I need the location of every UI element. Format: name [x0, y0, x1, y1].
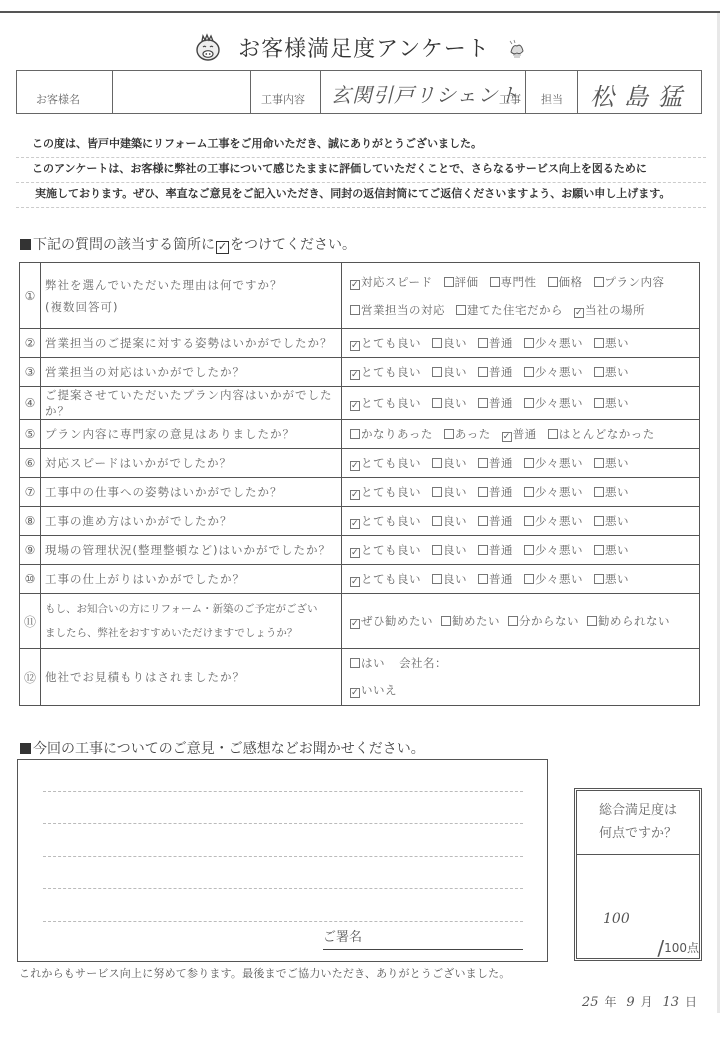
bug-doodle-icon	[507, 38, 527, 58]
checkbox[interactable]	[524, 398, 534, 408]
checkbox[interactable]	[587, 616, 597, 626]
question-number: ⑩	[20, 565, 41, 594]
checkbox-checked[interactable]: ✓	[350, 519, 360, 529]
option-bad[interactable]: 悪い	[594, 455, 629, 471]
staff-field[interactable]: 松島猛	[578, 71, 701, 113]
question-number: ⑫	[20, 649, 41, 706]
checkbox[interactable]	[350, 305, 360, 315]
work-suffix-label: 工事	[499, 91, 521, 107]
checkbox[interactable]	[524, 458, 534, 468]
work-content-label-cell: 工事内容	[251, 71, 321, 113]
checkbox[interactable]	[524, 367, 534, 377]
question-row-10: ⑩ 工事の仕上がりはいかがでしたか？ ✓とても良い良い普通少々悪い悪い	[20, 565, 700, 594]
option-very-good[interactable]: ✓とても良い	[350, 335, 421, 351]
checkbox[interactable]	[594, 277, 604, 287]
option-good[interactable]: 良い	[432, 513, 467, 529]
signature-label: ご署名	[323, 926, 362, 945]
answer-options: ✓とても良い良い普通少々悪い悪い	[342, 449, 700, 478]
ruled-line	[43, 791, 523, 792]
option-somewhat-bad[interactable]: 少々悪い	[524, 484, 583, 500]
checkbox-checked[interactable]: ✓	[502, 432, 512, 442]
option-very-good[interactable]: ✓とても良い	[350, 364, 421, 380]
answer-options: ✓対応スピード評価専門性価格プラン内容 営業担当の対応建てた住宅だから✓当社の場…	[342, 263, 700, 329]
intro-line-2: このアンケートは、お客様に弊社の工事について感じたままに評価していただくことで、…	[16, 158, 706, 183]
option-cannot-recommend[interactable]: 勧められない	[587, 613, 670, 629]
option-somewhat-bad[interactable]: 少々悪い	[524, 542, 583, 558]
option-very-good[interactable]: ✓とても良い	[350, 513, 421, 529]
option-bad[interactable]: 悪い	[594, 364, 629, 380]
option-good[interactable]: 良い	[432, 455, 467, 471]
question-text: 他社でお見積もりはされましたか？	[41, 649, 342, 706]
questions-table: ① 弊社を選んでいただいた理由は何ですか？ (複数回答可) ✓対応スピード評価専…	[19, 262, 700, 706]
date-month[interactable]: 9	[626, 995, 634, 1010]
checkbox[interactable]	[548, 277, 558, 287]
checkbox[interactable]	[478, 458, 488, 468]
option-very-good[interactable]: ✓とても良い	[350, 395, 421, 411]
option-average[interactable]: 普通	[478, 513, 513, 529]
checkbox[interactable]	[432, 398, 442, 408]
question-text: もし、お知合いの方にリフォーム・新築のご予定がござい ましたら、弊社をおすすめい…	[41, 594, 342, 649]
checkbox-checked[interactable]: ✓	[350, 401, 360, 411]
option-bad[interactable]: 悪い	[594, 571, 629, 587]
question-text: 工事中の仕事への姿勢はいかがでしたか？	[41, 478, 342, 507]
option-reason-sales[interactable]: 営業担当の対応	[350, 296, 445, 324]
option-reason-plan[interactable]: プラン内容	[594, 268, 665, 296]
option-good[interactable]: 良い	[432, 364, 467, 380]
option-reason-reputation[interactable]: 評価	[444, 268, 479, 296]
score-max: /100点	[657, 936, 699, 960]
option-no[interactable]: ✓いいえ	[350, 677, 397, 704]
checkbox[interactable]	[524, 574, 534, 584]
overall-score-box: 総合満足度は 何点ですか？ 100 /100点	[574, 788, 702, 961]
option-bad[interactable]: 悪い	[594, 335, 629, 351]
score-value[interactable]: 100	[603, 911, 630, 927]
checkbox[interactable]	[456, 305, 466, 315]
option-somewhat-bad[interactable]: 少々悪い	[524, 455, 583, 471]
checkbox[interactable]	[478, 516, 488, 526]
answer-options: ✓とても良い良い普通少々悪い悪い	[342, 565, 700, 594]
question-text: 弊社を選んでいただいた理由は何ですか？ (複数回答可)	[41, 263, 342, 329]
intro-text: この度は、皆戸中建築にリフォーム工事をご用命いただき、誠にありがとうございました…	[16, 133, 706, 208]
option-average[interactable]: 普通	[478, 484, 513, 500]
answer-options: はい会社名： ✓いいえ	[342, 649, 700, 706]
answer-options: ✓とても良い良い普通少々悪い悪い	[342, 536, 700, 565]
checkbox[interactable]	[524, 487, 534, 497]
question-row-8: ⑧ 工事の進め方はいかがでしたか？ ✓とても良い良い普通少々悪い悪い	[20, 507, 700, 536]
answer-options: ✓とても良い良い普通少々悪い悪い	[342, 387, 700, 420]
option-bad[interactable]: 悪い	[594, 513, 629, 529]
question-text: 対応スピードはいかがでしたか？	[41, 449, 342, 478]
comments-box[interactable]: ご署名	[17, 759, 548, 962]
checkbox-checked[interactable]: ✓	[350, 619, 360, 629]
question-row-12: ⑫ 他社でお見積もりはされましたか？ はい会社名： ✓いいえ	[20, 649, 700, 706]
company-name-label: 会社名：	[399, 656, 447, 670]
question-number: ⑪	[20, 594, 41, 649]
answer-options: ✓とても良い良い普通少々悪い悪い	[342, 507, 700, 536]
checkbox-checked[interactable]: ✓	[350, 490, 360, 500]
option-bad[interactable]: 悪い	[594, 395, 629, 411]
date-field: 25年 9月 13日	[576, 993, 697, 1010]
bullet-square-icon	[20, 743, 31, 754]
comments-section-title: 今回の工事についてのご意見・ご感想などお聞かせください。	[20, 738, 425, 758]
option-good[interactable]: 良い	[432, 484, 467, 500]
option-reason-price[interactable]: 価格	[548, 268, 583, 296]
option-good[interactable]: 良い	[432, 395, 467, 411]
question-row-9: ⑨ 現場の管理状況(整理整頓など)はいかがでしたか？ ✓とても良い良い普通少々悪…	[20, 536, 700, 565]
option-good[interactable]: 良い	[432, 542, 467, 558]
checkbox[interactable]	[444, 277, 454, 287]
question-text: プラン内容に専門家の意見はありましたか？	[41, 420, 342, 449]
question-number: ⑨	[20, 536, 41, 565]
checkbox[interactable]	[594, 516, 604, 526]
question-text: 営業担当の対応はいかがでしたか？	[41, 358, 342, 387]
checkbox[interactable]	[432, 545, 442, 555]
checkbox[interactable]	[594, 487, 604, 497]
checkbox[interactable]	[478, 574, 488, 584]
checkbox[interactable]	[444, 429, 454, 439]
work-content-field[interactable]: 玄関引戸リシェント 工事	[321, 71, 526, 113]
work-content-value: 玄関引戸リシェント	[331, 79, 520, 108]
option-average[interactable]: 普通	[478, 364, 513, 380]
checkbox[interactable]	[594, 545, 604, 555]
bullet-square-icon	[20, 239, 31, 250]
intro-line-3: 実施しております。ぜひ、率直なご意見をご記入いただき、同封の返信封筒にてご返信く…	[16, 183, 706, 208]
question-row-4: ④ ご提案させていただいたプラン内容はいかがでしたか？ ✓とても良い良い普通少々…	[20, 387, 700, 420]
option-reason-expertise[interactable]: 専門性	[490, 268, 537, 296]
customer-info-table: お客様名 工事内容 玄関引戸リシェント 工事 担当 松島猛	[16, 70, 702, 114]
checkbox[interactable]	[594, 367, 604, 377]
option-reason-speed[interactable]: ✓対応スピード	[350, 268, 433, 296]
question-number: ⑧	[20, 507, 41, 536]
option-definitely-recommend[interactable]: ✓ぜひ勧めたい	[350, 613, 433, 629]
date-year[interactable]: 25	[582, 995, 599, 1010]
pig-face-icon	[193, 33, 223, 63]
option-good[interactable]: 良い	[432, 571, 467, 587]
option-good[interactable]: 良い	[432, 335, 467, 351]
question-text: ご提案させていただいたプラン内容はいかがでしたか？	[41, 387, 342, 420]
question-number: ③	[20, 358, 41, 387]
answer-options: ✓ぜひ勧めたい勧めたい分からない勧められない	[342, 594, 700, 649]
option-reason-location[interactable]: ✓当社の場所	[574, 296, 645, 324]
option-somewhat-bad[interactable]: 少々悪い	[524, 364, 583, 380]
checkbox-checked[interactable]: ✓	[350, 548, 360, 558]
option-average[interactable]: 普通	[478, 395, 513, 411]
question-row-11: ⑪ もし、お知合いの方にリフォーム・新築のご予定がござい ましたら、弊社をおすす…	[20, 594, 700, 649]
staff-label-cell: 担当	[526, 71, 578, 113]
checkbox-checked[interactable]: ✓	[574, 308, 584, 318]
option-somewhat-bad[interactable]: 少々悪い	[524, 395, 583, 411]
answer-options: ✓とても良い良い普通少々悪い悪い	[342, 329, 700, 358]
question-row-6: ⑥ 対応スピードはいかがでしたか？ ✓とても良い良い普通少々悪い悪い	[20, 449, 700, 478]
option-bad[interactable]: 悪い	[594, 484, 629, 500]
option-unsure[interactable]: 分からない	[508, 613, 579, 629]
question-text: 工事の進め方はいかがでしたか？	[41, 507, 342, 536]
option-average[interactable]: 普通	[478, 571, 513, 587]
checkbox[interactable]	[441, 616, 451, 626]
question-number: ①	[20, 263, 41, 329]
checkbox-sample-icon: ✓	[216, 241, 229, 254]
checkbox[interactable]	[594, 574, 604, 584]
question-text: 営業担当のご提案に対する姿勢はいかがでしたか？	[41, 329, 342, 358]
answer-options: かなりあったあった✓普通はとんどなかった	[342, 420, 700, 449]
checkbox[interactable]	[478, 367, 488, 377]
question-row-5: ⑤ プラン内容に専門家の意見はありましたか？ かなりあったあった✓普通はとんどな…	[20, 420, 700, 449]
form-title: お客様満足度アンケート	[238, 32, 490, 63]
ruled-line	[43, 888, 523, 889]
option-somewhat-bad[interactable]: 少々悪い	[524, 335, 583, 351]
option-reason-built-house[interactable]: 建てた住宅だから	[456, 296, 563, 324]
form-header: お客様満足度アンケート	[0, 32, 720, 68]
option-hardly-any[interactable]: はとんどなかった	[548, 426, 655, 442]
question-number: ②	[20, 329, 41, 358]
checkbox[interactable]	[594, 458, 604, 468]
checkbox[interactable]	[432, 487, 442, 497]
answer-options: ✓とても良い良い普通少々悪い悪い	[342, 478, 700, 507]
customer-name-field[interactable]	[113, 71, 251, 113]
customer-name-label: お客様名	[36, 91, 80, 107]
checkbox[interactable]	[490, 277, 500, 287]
checkbox-checked[interactable]: ✓	[350, 577, 360, 587]
ruled-line	[43, 921, 523, 922]
question-row-1: ① 弊社を選んでいただいた理由は何ですか？ (複数回答可) ✓対応スピード評価専…	[20, 263, 700, 329]
option-average[interactable]: 普通	[478, 542, 513, 558]
option-very-good[interactable]: ✓とても良い	[350, 455, 421, 471]
checkbox[interactable]	[478, 338, 488, 348]
checkbox[interactable]	[524, 516, 534, 526]
question-row-3: ③ 営業担当の対応はいかがでしたか？ ✓とても良い良い普通少々悪い悪い	[20, 358, 700, 387]
checkbox-checked[interactable]: ✓	[350, 370, 360, 380]
option-yes[interactable]: はい	[350, 650, 385, 677]
checkbox[interactable]	[432, 458, 442, 468]
score-question: 総合満足度は 何点ですか？	[577, 791, 699, 855]
option-quite-a-lot[interactable]: かなりあった	[350, 426, 433, 442]
intro-line-1: この度は、皆戸中建築にリフォーム工事をご用命いただき、誠にありがとうございました…	[16, 133, 706, 158]
checkbox[interactable]	[432, 338, 442, 348]
checkbox-checked[interactable]: ✓	[350, 461, 360, 471]
question-number: ⑥	[20, 449, 41, 478]
checkbox[interactable]	[432, 516, 442, 526]
checkbox[interactable]	[350, 429, 360, 439]
checkbox[interactable]	[478, 545, 488, 555]
option-recommend[interactable]: 勧めたい	[441, 613, 500, 629]
question-row-7: ⑦ 工事中の仕事への姿勢はいかがでしたか？ ✓とても良い良い普通少々悪い悪い	[20, 478, 700, 507]
option-average[interactable]: ✓普通	[502, 426, 537, 442]
checkbox[interactable]	[432, 367, 442, 377]
question-row-2: ② 営業担当のご提案に対する姿勢はいかがでしたか？ ✓とても良い良い普通少々悪い…	[20, 329, 700, 358]
option-somewhat-bad[interactable]: 少々悪い	[524, 513, 583, 529]
question-number: ⑤	[20, 420, 41, 449]
checkbox[interactable]	[478, 398, 488, 408]
option-very-good[interactable]: ✓とても良い	[350, 542, 421, 558]
ruled-line	[43, 856, 523, 857]
checkbox-checked[interactable]: ✓	[350, 280, 360, 290]
option-average[interactable]: 普通	[478, 335, 513, 351]
checkbox[interactable]	[524, 545, 534, 555]
checkbox-checked[interactable]: ✓	[350, 688, 360, 698]
closing-message: これからもサービス向上に努めて参ります。最後までご協力いただき、ありがとうござい…	[19, 965, 510, 981]
option-very-good[interactable]: ✓とても良い	[350, 571, 421, 587]
question-text: 工事の仕上がりはいかがでしたか？	[41, 565, 342, 594]
top-border-rule	[0, 11, 720, 13]
staff-value: 松島猛	[590, 77, 692, 112]
checkbox[interactable]	[594, 398, 604, 408]
questions-instruction: 下記の質問の該当する箇所に✓をつけてください。	[20, 234, 356, 254]
checkbox[interactable]	[478, 487, 488, 497]
question-number: ④	[20, 387, 41, 420]
option-average[interactable]: 普通	[478, 455, 513, 471]
question-text: 現場の管理状況(整理整頓など)はいかがでしたか？	[41, 536, 342, 565]
option-some[interactable]: あった	[444, 426, 491, 442]
work-content-label: 工事内容	[261, 91, 305, 107]
option-somewhat-bad[interactable]: 少々悪い	[524, 571, 583, 587]
checkbox[interactable]	[548, 429, 558, 439]
signature-field[interactable]	[323, 949, 523, 950]
option-very-good[interactable]: ✓とても良い	[350, 484, 421, 500]
answer-options: ✓とても良い良い普通少々悪い悪い	[342, 358, 700, 387]
date-day[interactable]: 13	[662, 995, 679, 1010]
ruled-line	[43, 823, 523, 824]
customer-name-label-cell: お客様名	[17, 71, 113, 113]
checkbox[interactable]	[594, 338, 604, 348]
checkbox[interactable]	[524, 338, 534, 348]
checkbox[interactable]	[432, 574, 442, 584]
question-number: ⑦	[20, 478, 41, 507]
checkbox-checked[interactable]: ✓	[350, 341, 360, 351]
staff-label: 担当	[541, 91, 563, 107]
checkbox[interactable]	[350, 658, 360, 668]
option-bad[interactable]: 悪い	[594, 542, 629, 558]
checkbox[interactable]	[508, 616, 518, 626]
